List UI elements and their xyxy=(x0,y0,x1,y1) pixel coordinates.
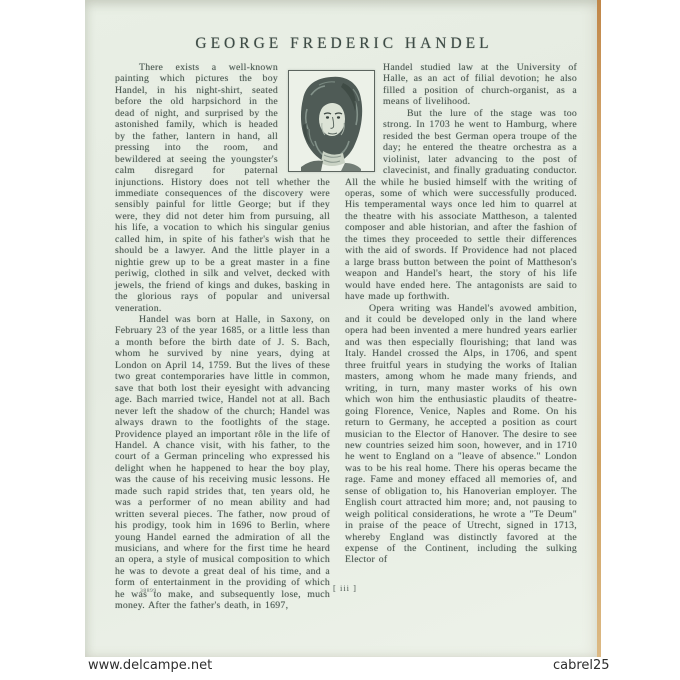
paragraph-right-3: Opera writing was Handel's avowed ambiti… xyxy=(345,303,577,566)
portrait-frame xyxy=(288,70,375,172)
page-title: GEORGE FREDERIC HANDEL xyxy=(113,35,575,53)
watermark-delcampe: www.delcampe.net xyxy=(88,658,212,673)
handel-portrait-engraving xyxy=(289,71,374,171)
scanned-page-photo: GEORGE FREDERIC HANDEL There exists a we… xyxy=(0,0,680,680)
watermark-seller-name: cabrel25 xyxy=(553,658,610,673)
page-edge-strip xyxy=(597,0,601,657)
catalog-number: 38899 xyxy=(140,588,157,594)
paragraph-left-2: Handel was born at Halle, in Saxony, on … xyxy=(115,314,330,612)
book-page: GEORGE FREDERIC HANDEL There exists a we… xyxy=(85,0,601,657)
right-column: Handel studied law at the University of … xyxy=(345,62,577,566)
folio-page-number: [ iii ] xyxy=(315,583,375,593)
